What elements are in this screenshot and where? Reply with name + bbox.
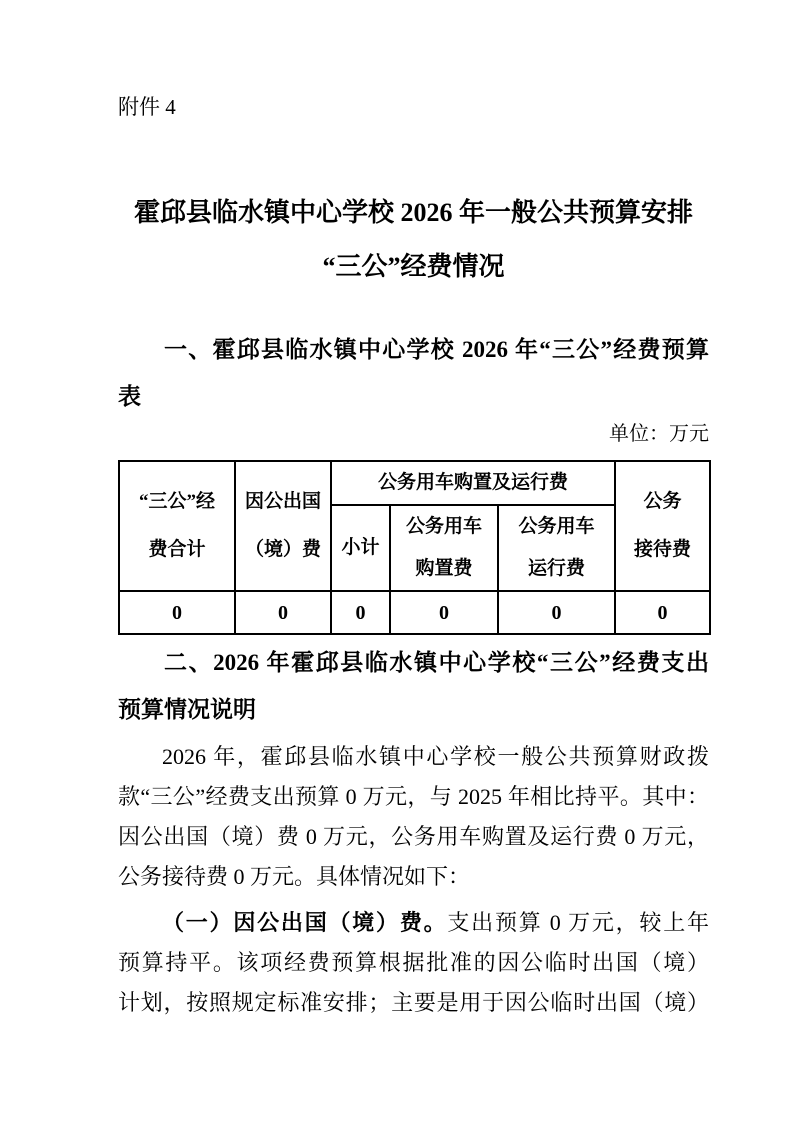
paragraph-1: 2026 年，霍邱县临水镇中心学校一般公共预算财政拨 款“三公”经费支出预算 0… <box>118 737 709 897</box>
paragraph-2: （一）因公出国（境）费。支出预算 0 万元，较上年 预算持平。该项经费预算根据批… <box>118 903 709 1023</box>
table-header-vehicle-subtotal: 小计 <box>331 505 390 591</box>
table-header-vehicle-purchase: 公务用车 购置费 <box>390 505 498 591</box>
budget-table: “三公”经 费合计 因公出国 （境）费 公务用车购置及运行费 公务 接待费 小计… <box>118 460 711 635</box>
paragraph-1-line-1: 2026 年，霍邱县临水镇中心学校一般公共预算财政拨 <box>118 737 709 777</box>
paragraph-2-lead-bold: （一）因公出国（境）费。 <box>162 910 447 935</box>
paragraph-1-line-2: 款“三公”经费支出预算 0 万元，与 2025 年相比持平。其中： <box>118 777 709 817</box>
document-title-line-1: 霍邱县临水镇中心学校 2026 年一般公共预算安排 <box>118 186 709 240</box>
paragraph-2-line-1-rest: 支出预算 0 万元，较上年 <box>447 910 709 935</box>
table-value-total: 0 <box>119 591 235 634</box>
document-title: 霍邱县临水镇中心学校 2026 年一般公共预算安排 “三公”经费情况 <box>118 186 709 294</box>
table-value-abroad: 0 <box>235 591 331 634</box>
table-header-total: “三公”经 费合计 <box>119 461 235 591</box>
paragraph-2-line-1: （一）因公出国（境）费。支出预算 0 万元，较上年 <box>118 903 709 943</box>
table-value-reception: 0 <box>615 591 710 634</box>
paragraph-2-line-3: 计划，按照规定标准安排；主要是用于因公临时出国（境） <box>118 983 709 1023</box>
unit-label: 单位：万元 <box>118 420 709 448</box>
section-1-heading: 一、霍邱县临水镇中心学校 2026 年“三公”经费预算 表 <box>118 326 709 420</box>
table-value-vehicle-operation: 0 <box>498 591 615 634</box>
paragraph-1-line-4: 公务接待费 0 万元。具体情况如下： <box>118 857 709 897</box>
paragraph-1-line-3: 因公出国（境）费 0 万元，公务用车购置及运行费 0 万元， <box>118 817 709 857</box>
table-header-abroad: 因公出国 （境）费 <box>235 461 331 591</box>
table-header-vehicle-group: 公务用车购置及运行费 <box>331 461 615 505</box>
table-header-reception: 公务 接待费 <box>615 461 710 591</box>
paragraph-2-line-2: 预算持平。该项经费预算根据批准的因公临时出国（境） <box>118 943 709 983</box>
attachment-label: 附件 4 <box>118 92 709 122</box>
table-value-vehicle-purchase: 0 <box>390 591 498 634</box>
table-data-row: 0 0 0 0 0 0 <box>119 591 710 634</box>
section-2-heading-line-2: 预算情况说明 <box>118 686 709 733</box>
section-1-heading-line-1: 一、霍邱县临水镇中心学校 2026 年“三公”经费预算 <box>118 326 709 373</box>
section-2-heading: 二、2026 年霍邱县临水镇中心学校“三公”经费支出 预算情况说明 <box>118 639 709 733</box>
table-header-vehicle-operation: 公务用车 运行费 <box>498 505 615 591</box>
section-2-heading-line-1: 二、2026 年霍邱县临水镇中心学校“三公”经费支出 <box>118 639 709 686</box>
section-1-heading-line-2: 表 <box>118 373 709 420</box>
document-title-line-2: “三公”经费情况 <box>118 240 709 294</box>
document-page: 附件 4 霍邱县临水镇中心学校 2026 年一般公共预算安排 “三公”经费情况 … <box>0 0 793 1122</box>
table-value-vehicle-subtotal: 0 <box>331 591 390 634</box>
table-header-row-1: “三公”经 费合计 因公出国 （境）费 公务用车购置及运行费 公务 接待费 <box>119 461 710 505</box>
